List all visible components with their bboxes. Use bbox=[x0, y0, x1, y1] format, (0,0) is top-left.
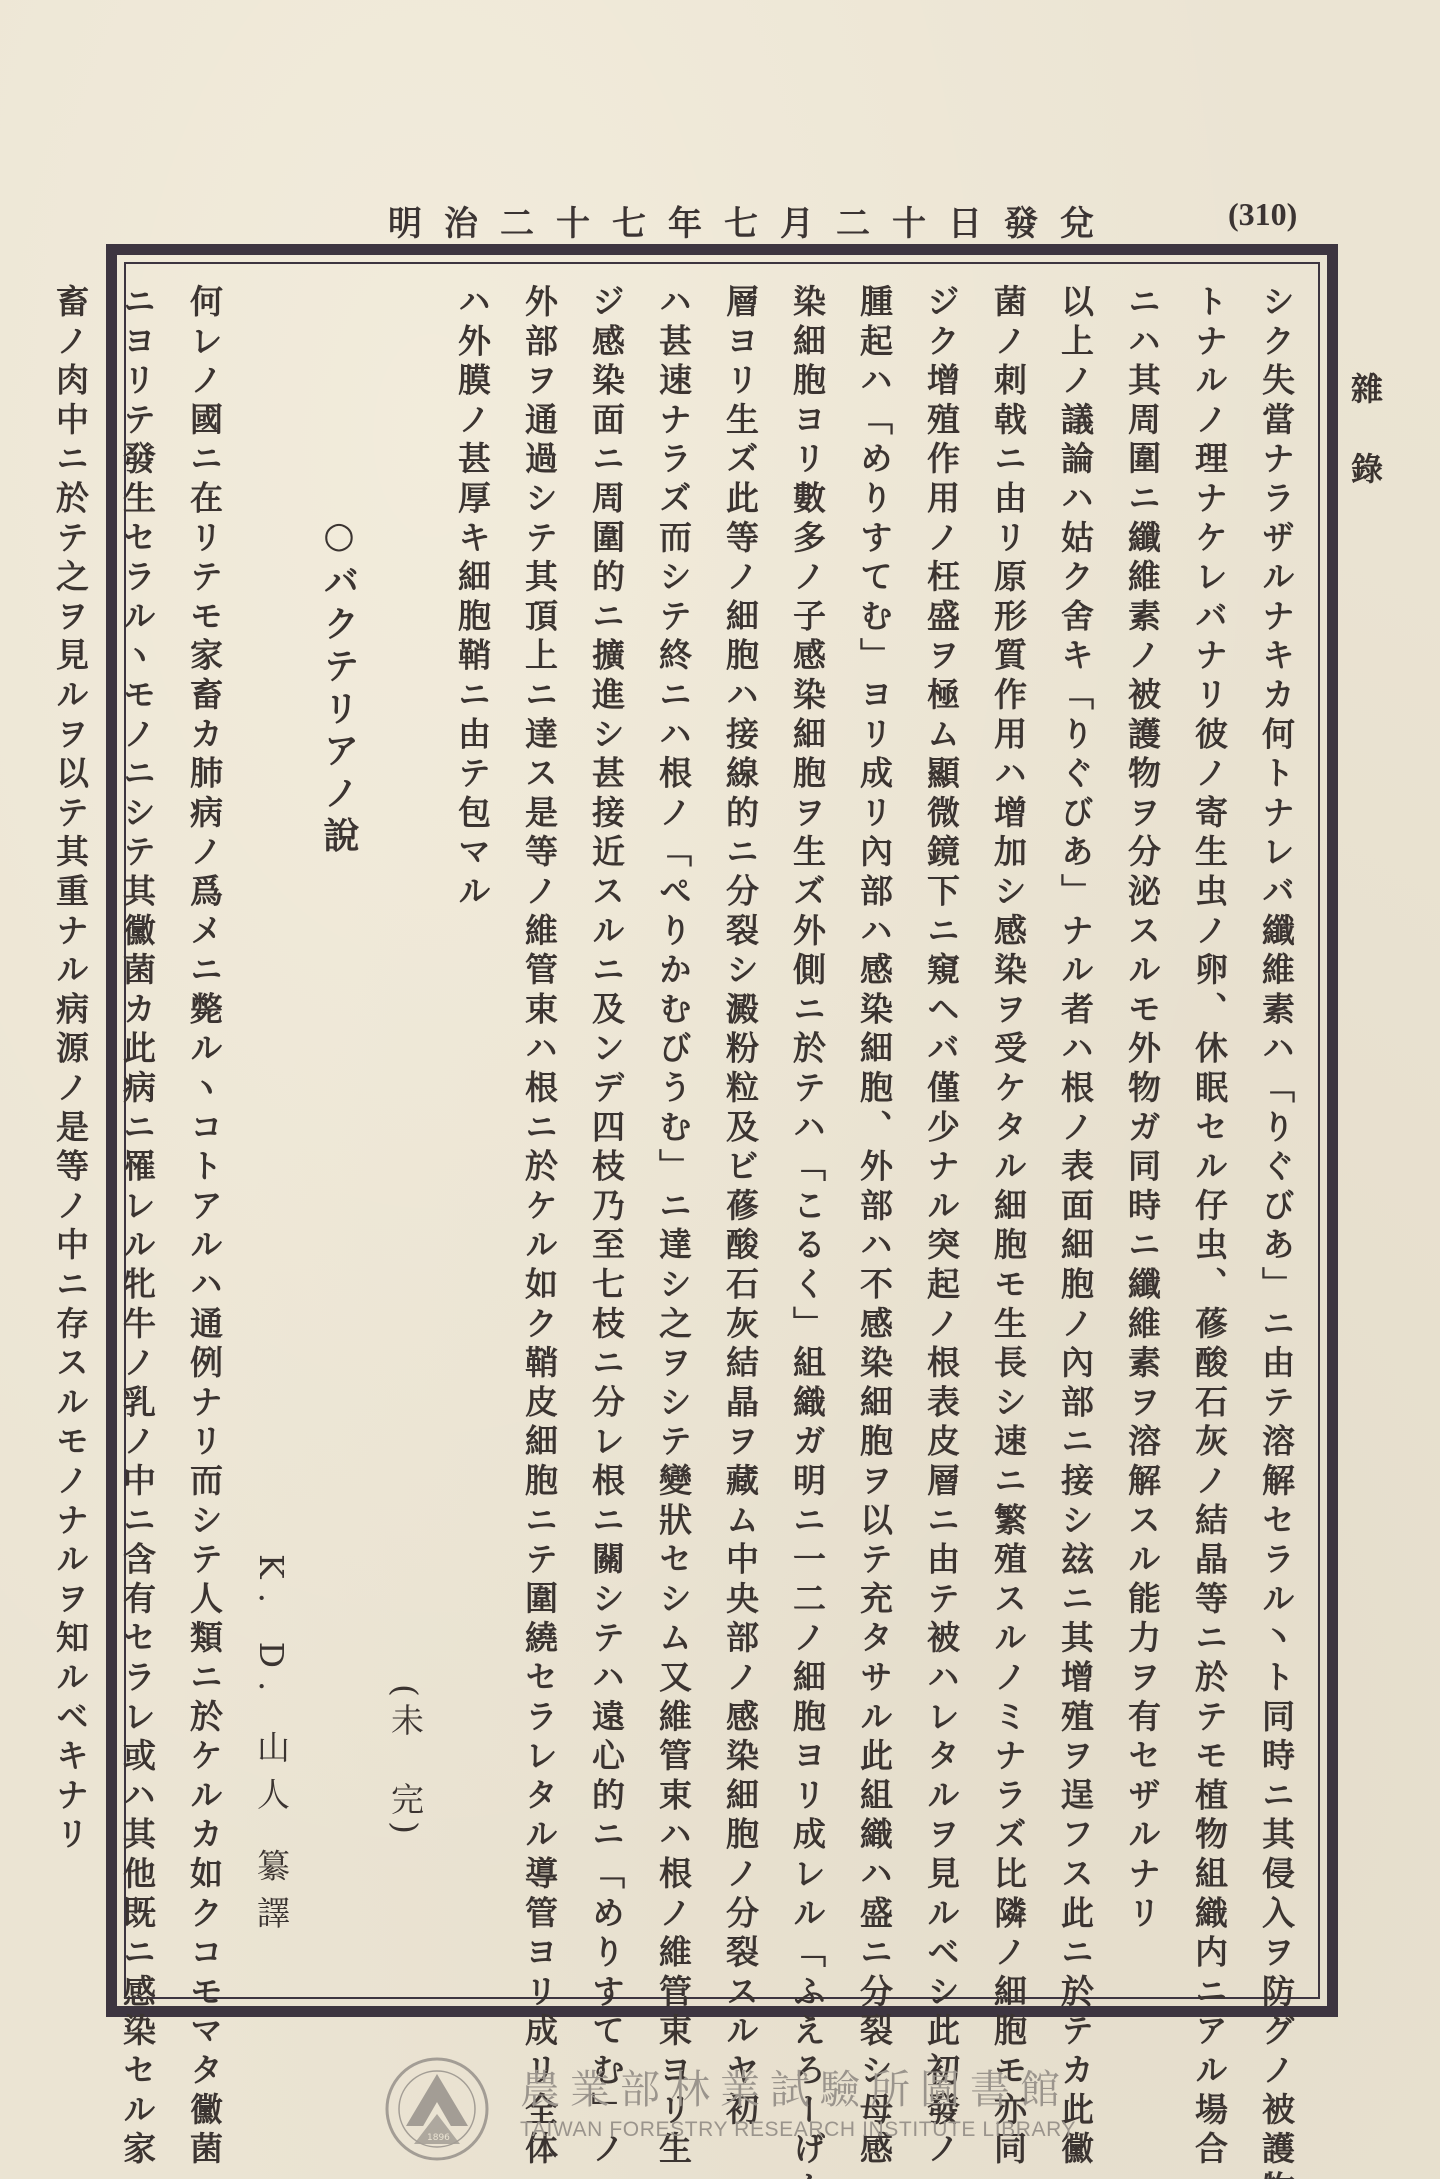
section-label: 雜錄 bbox=[1342, 372, 1388, 532]
svg-text:1896: 1896 bbox=[427, 2133, 450, 2143]
library-watermark: 1896 農業部林業試驗所圖書館 TAIWAN FORESTRY RESEARC… bbox=[382, 2054, 1082, 2164]
text-column: ハ外膜ノ甚厚キ細胞鞘ニ由テ包マル bbox=[439, 284, 506, 1984]
text-column: トナルノ理ナケレバナリ彼ノ寄生虫ノ卵、休眠セル仔虫、蓚酸石灰ノ結晶等ニ於テモ植物… bbox=[1176, 284, 1243, 1984]
text-column: 腫起ハ「めりすてむ」ヨリ成リ內部ハ感染細胞、外部ハ不感染細胞ヲ以テ充タサル此組織… bbox=[841, 284, 908, 1984]
library-name-en: TAIWAN FORESTRY RESEARCH INSTITUTE LIBRA… bbox=[520, 2118, 1076, 2142]
article-byline: K. D. 山人 纂譯 bbox=[238, 284, 305, 1984]
text-column: ニヨリテ發生セラルヽモノニシテ其黴菌カ此病ニ罹レル牝牛ノ乳ノ中ニ含有セラレ或ハ其… bbox=[104, 284, 171, 1984]
text-column: ジク增殖作用ノ枉盛ヲ極ム顯微鏡下ニ窺ヘバ僅少ナル突起ノ根表皮層ニ由テ被ハレタルヲ… bbox=[908, 284, 975, 1984]
text-column: 何レノ國ニ在リテモ家畜カ肺病ノ爲メニ斃ルヽコトアルハ通例ナリ而シテ人類ニ於ケルカ… bbox=[171, 284, 238, 1984]
institute-logo-icon: 1896 bbox=[382, 2054, 492, 2164]
vertical-text-body: シク失當ナラザルナキカ何トナレバ纖維素ハ「りぐびあ」ニ由テ溶解セラル丶ト同時ニ其… bbox=[130, 284, 1310, 1984]
text-column: 畜ノ肉中ニ於テ之ヲ見ルヲ以テ其重ナル病源ノ是等ノ中ニ存スルモノナルヲ知ルベキナリ bbox=[37, 284, 104, 1984]
text-column: ハ甚速ナラズ而シテ終ニハ根ノ「ぺりかむびうむ」ニ達シ之ヲシテ變狀セシム又維管束ハ… bbox=[640, 284, 707, 1984]
text-column: 染細胞ヨリ數多ノ子感染細胞ヲ生ズ外側ニ於テハ「こるく」組織ガ明ニ一二ノ細胞ヨリ成… bbox=[774, 284, 841, 1984]
text-column: シク失當ナラザルナキカ何トナレバ纖維素ハ「りぐびあ」ニ由テ溶解セラル丶ト同時ニ其… bbox=[1243, 284, 1310, 1984]
text-column: 外部ヲ通過シテ其頂上ニ達ス是等ノ維管束ハ根ニ於ケル如ク鞘皮細胞ニテ圍繞セラレタル… bbox=[506, 284, 573, 1984]
page-number: (310) bbox=[1228, 196, 1297, 233]
text-column: ジ感染面ニ周圍的ニ擴進シ甚接近スルニ及ンデ四枝乃至七枝ニ分レ根ニ關シテハ遠心的ニ… bbox=[573, 284, 640, 1984]
to-be-continued-mark: (未 完) bbox=[372, 284, 439, 1984]
library-name-zh: 農業部林業試驗所圖書館 bbox=[520, 2058, 1070, 2115]
text-column: 菌ノ刺戟ニ由リ原形質作用ハ增加シ感染ヲ受ケタル細胞モ生長シ速ニ繁殖スルノミナラズ… bbox=[975, 284, 1042, 1984]
article-heading: ○バクテリアノ說 bbox=[305, 284, 372, 1984]
text-column: ニハ其周圍ニ纖維素ノ被護物ヲ分泌スルモ外物ガ同時ニ纖維素ヲ溶解スル能力ヲ有セザル… bbox=[1109, 284, 1176, 1984]
text-column: 以上ノ議論ハ姑ク舍キ「りぐびあ」ナル者ハ根ノ表面細胞ノ內部ニ接シ玆ニ其增殖ヲ逞フ… bbox=[1042, 284, 1109, 1984]
issue-date-header: 明治二十七年七月二十日發兌 bbox=[388, 196, 1116, 245]
text-column: 層ヨリ生ズ此等ノ細胞ハ接線的ニ分裂シ澱粉粒及ビ蓚酸石灰結晶ヲ藏ム中央部ノ感染細胞… bbox=[707, 284, 774, 1984]
